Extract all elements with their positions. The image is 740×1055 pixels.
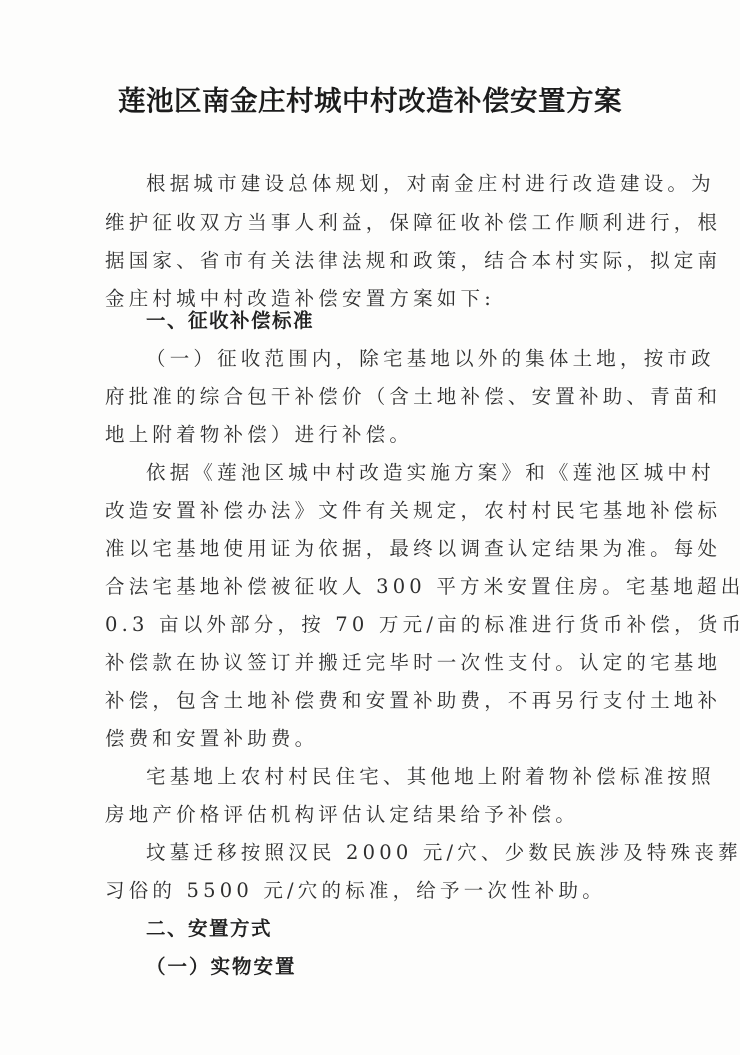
paragraph-line: 0.3 亩以外部分，按 70 万元/亩的标准进行货币补偿，货币 [105, 609, 740, 637]
paragraph-line: 房地产价格评估机构评估认定结果给予补偿。 [105, 799, 579, 827]
paragraph-line: 地上附着物补偿）进行补偿。 [105, 419, 413, 447]
paragraph-line: 坟墓迁移按照汉民 2000 元/穴、少数民族涉及特殊丧葬 [146, 837, 740, 865]
section-heading: 二、安置方式 [146, 913, 272, 941]
paragraph-line: （一）征收范围内，除宅基地以外的集体土地，按市政 [146, 343, 715, 371]
paragraph-line: 宅基地上农村村民住宅、其他地上附着物补偿标准按照 [146, 761, 715, 789]
paragraph-line: 府批准的综合包干补偿价（含土地补偿、安置补助、青苗和 [105, 381, 721, 409]
document-page: 莲池区南金庄村城中村改造补偿安置方案 根据城市建设总体规划，对南金庄村进行改造建… [0, 0, 740, 1055]
subsection-heading: （一）实物安置 [146, 951, 297, 979]
paragraph-line: 根据城市建设总体规划，对南金庄村进行改造建设。为 [146, 168, 715, 196]
paragraph-line: 依据《莲池区城中村改造实施方案》和《莲池区城中村 [146, 457, 715, 485]
paragraph-line: 据国家、省市有关法律法规和政策，结合本村实际，拟定南 [105, 245, 721, 273]
paragraph-line: 合法宅基地补偿被征收人 300 平方米安置住房。宅基地超出 [105, 571, 740, 599]
paragraph-line: 习俗的 5500 元/穴的标准，给予一次性补助。 [105, 875, 606, 903]
section-heading: 一、征收补偿标准 [146, 305, 314, 333]
paragraph-line: 补偿款在协议签订并搬迁完毕时一次性支付。认定的宅基地 [105, 647, 721, 675]
paragraph-line: 准以宅基地使用证为依据，最终以调查认定结果为准。每处 [105, 533, 721, 561]
document-title: 莲池区南金庄村城中村改造补偿安置方案 [0, 78, 740, 118]
paragraph-line: 偿费和安置补助费。 [105, 723, 318, 751]
paragraph-line: 维护征收双方当事人利益，保障征收补偿工作顺利进行，根 [105, 207, 721, 235]
paragraph-line: 改造安置补偿办法》文件有关规定，农村村民宅基地补偿标 [105, 495, 721, 523]
paragraph-line: 补偿，包含土地补偿费和安置补助费，不再另行支付土地补 [105, 685, 721, 713]
